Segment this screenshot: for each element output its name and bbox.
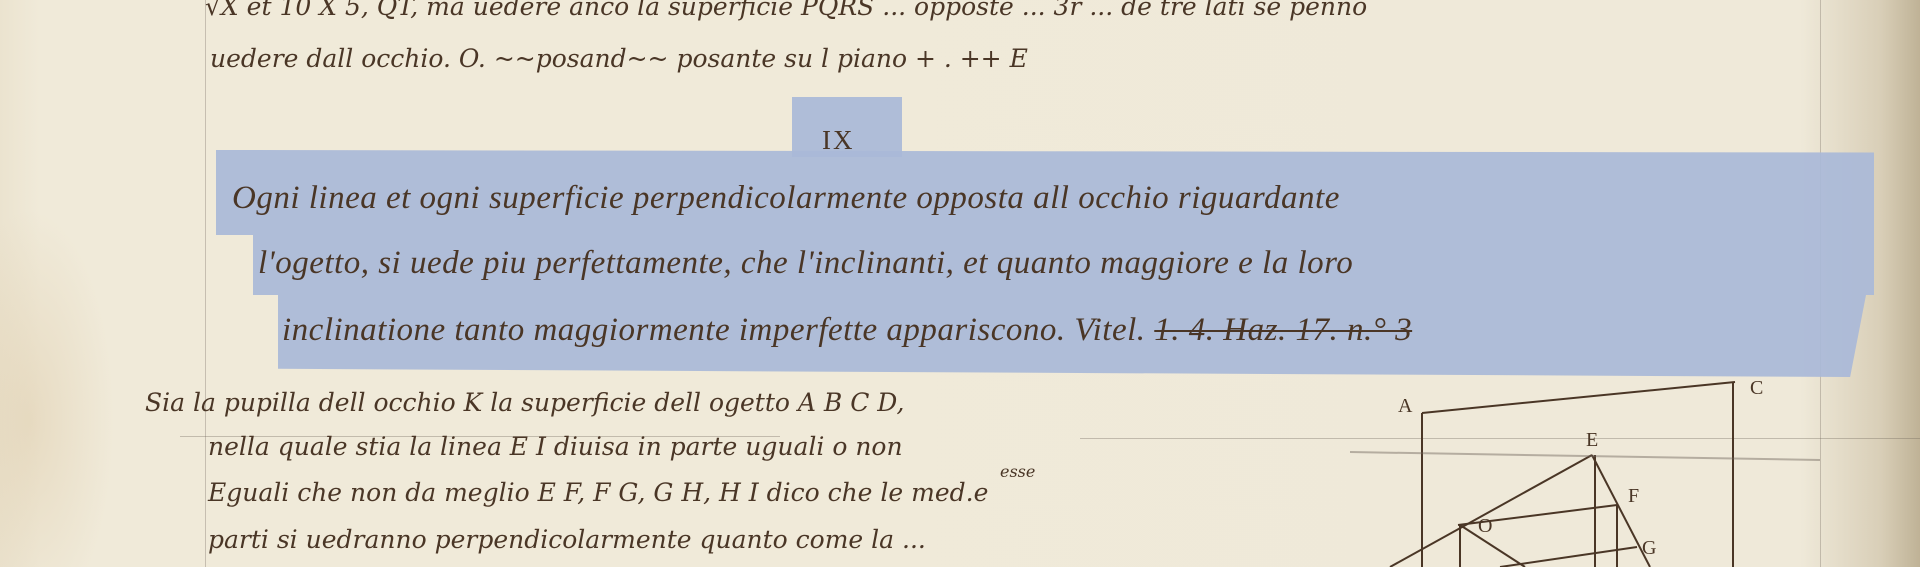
interlinear-insertion: esse [1000, 462, 1035, 481]
diagram-label-g: G [1642, 537, 1656, 559]
section-numeral: IX [822, 125, 855, 156]
proposition-line-2: l'ogetto, si uede piu perfettamente, che… [258, 245, 1353, 282]
body-line-2: nella quale stia la linea E I diuisa in … [208, 432, 903, 461]
proposition-line-3: inclinatione tanto maggiormente imperfet… [282, 312, 1412, 349]
manuscript-line-1: √X et 10 X 5, QT, ma uedere anco la supe… [205, 0, 1367, 21]
perspective-diagram: A C E F G O [1350, 360, 1920, 567]
diagram-label-a: A [1398, 395, 1413, 417]
body-line-1: Sia la pupilla dell occhio K la superfic… [145, 388, 904, 417]
body-line-3: Eguali che non da meglio E F, F G, G H, … [208, 478, 988, 507]
struck-reference: 1. 4. Haz. 17. n.° 3 [1154, 312, 1412, 348]
manuscript-page: √X et 10 X 5, QT, ma uedere anco la supe… [0, 0, 1920, 567]
diagram-label-c: C [1750, 377, 1763, 399]
proposition-line-1: Ogni linea et ogni superficie perpendico… [232, 180, 1340, 217]
body-line-4: parti si uedranno perpendicolarmente qua… [208, 525, 926, 554]
manuscript-line-2: uedere dall occhio. O. ~~posand~~ posant… [210, 44, 1028, 73]
diagram-label-o: O [1478, 515, 1492, 537]
diagram-label-f: F [1628, 485, 1639, 507]
margin-rule-left [205, 0, 206, 567]
diagram-label-e: E [1586, 429, 1598, 451]
